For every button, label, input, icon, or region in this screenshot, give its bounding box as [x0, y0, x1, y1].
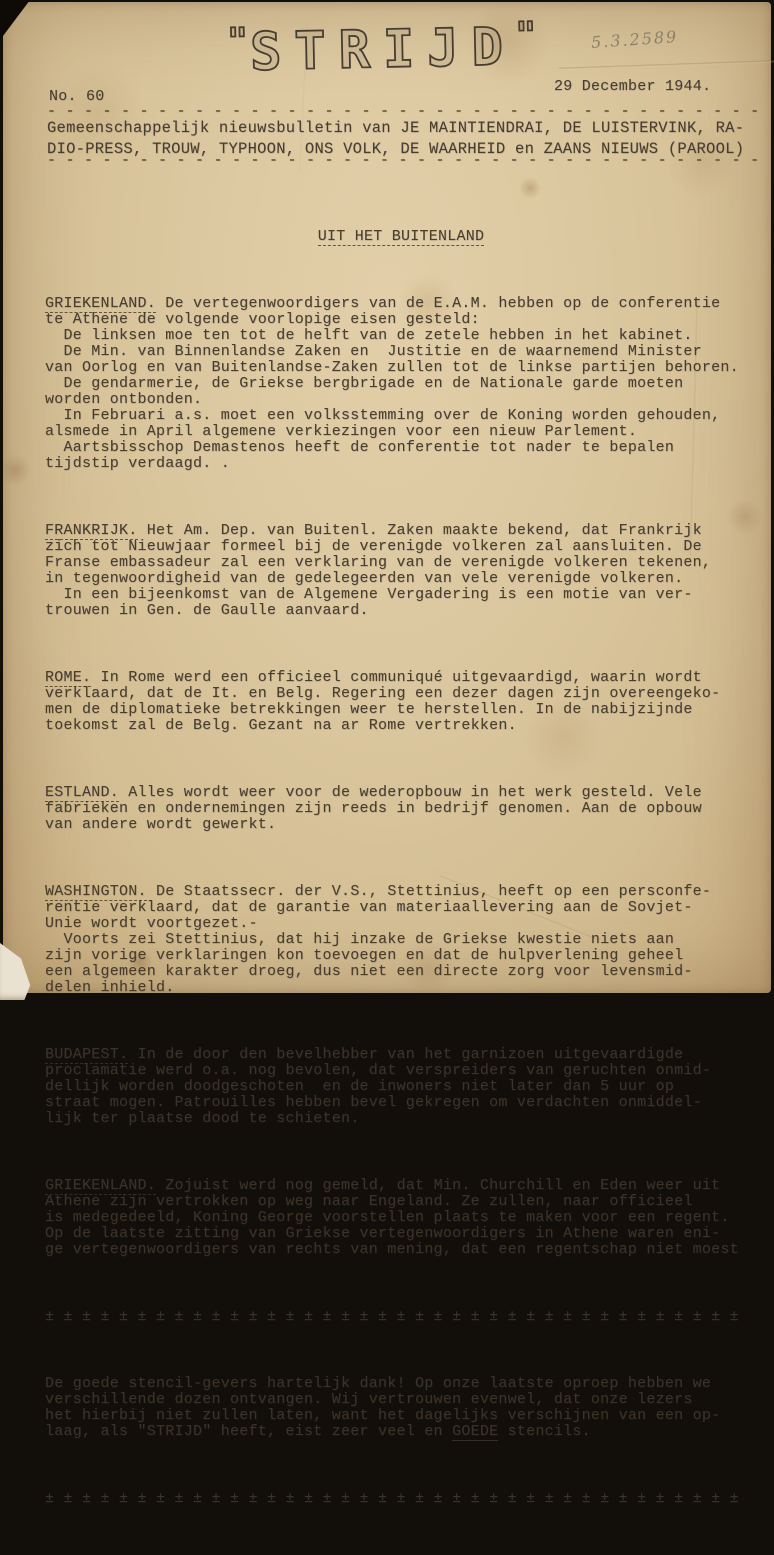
- section-heading-uit-het-buitenland: UIT HET BUITENLAND: [45, 229, 757, 245]
- newsletter-page: "STRIJD" 5.3.2589 29 December 1944. No. …: [3, 2, 771, 993]
- news-item-estland: ESTLAND. Alles wordt weer voor de wedero…: [45, 785, 757, 833]
- news-item-text: In Rome werd een officieel communiqué ui…: [45, 669, 720, 734]
- title-open-quote: ": [227, 21, 250, 61]
- title-text: STRIJD: [249, 17, 516, 83]
- title-close-quote: ": [515, 15, 538, 55]
- news-item-text: Het Am. Dep. van Buitenl. Zaken maakte b…: [45, 522, 711, 619]
- news-item-text: Alles wordt weer voor de wederopbouw in …: [45, 784, 702, 833]
- section-heading-text: UIT HET BUITENLAND: [318, 228, 485, 246]
- newsletter-title: "STRIJD": [152, 13, 613, 85]
- issue-date: 29 December 1944.: [554, 79, 711, 95]
- news-item-washington: WASHINGTON. De Staatssecr. der V.S., Ste…: [45, 884, 757, 996]
- news-item-text: De Staatssecr. der V.S., Stettinius, hee…: [45, 883, 711, 996]
- news-item-rome: ROME. In Rome werd een officieel communi…: [45, 670, 757, 734]
- news-item-frankrijk: FRANKRIJK. Het Am. Dep. van Buitenl. Zak…: [45, 523, 757, 619]
- news-item-text: De vertegenwoordigers van de E.A.M. hebb…: [45, 295, 739, 472]
- main-content: UIT HET BUITENLAND GRIEKENLAND. De verte…: [45, 181, 757, 1000]
- news-item-griekenland-1: GRIEKENLAND. De vertegenwoordigers van d…: [45, 296, 757, 472]
- dashed-divider-bottom: - - - - - - - - - - - - - - - - - - - - …: [47, 153, 763, 169]
- issue-number: No. 60: [49, 89, 105, 105]
